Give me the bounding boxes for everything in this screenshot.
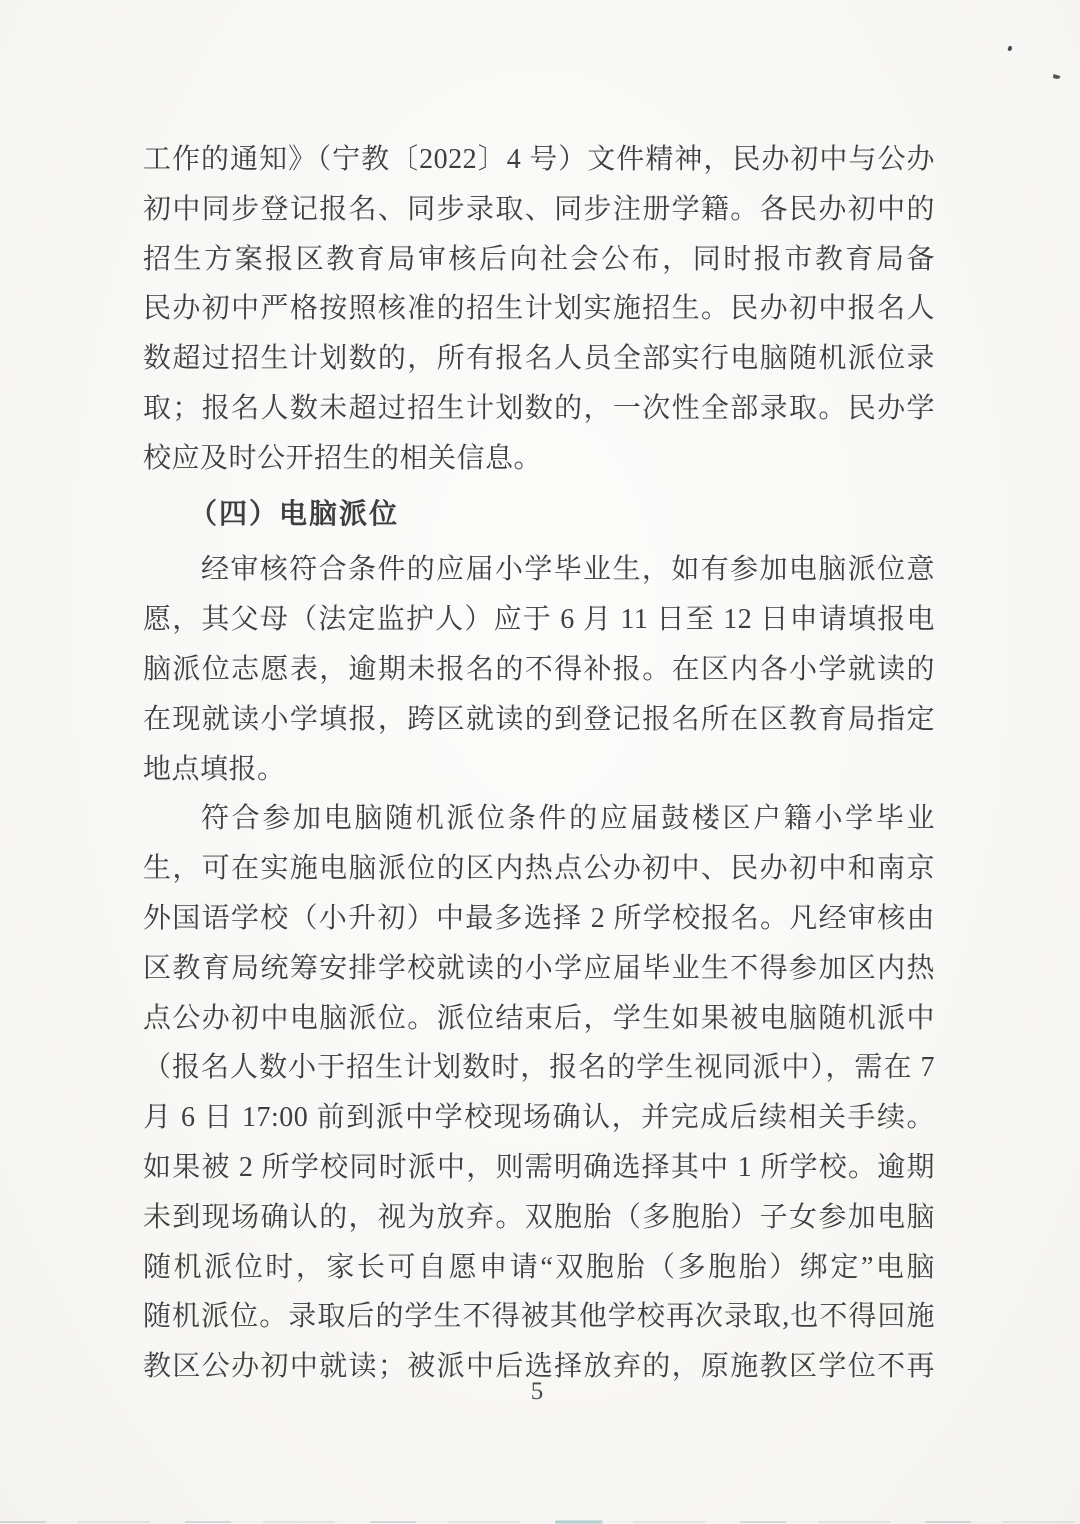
text-line: 初中同步登记报名、同步录取、同步注册学籍。各民办初中的 <box>143 185 935 235</box>
ink-speck-icon <box>1053 74 1061 80</box>
ink-speck-icon <box>1007 45 1013 51</box>
text-line: 如果被 2 所学校同时派中，则需明确选择其中 1 所学校。逾期 <box>143 1143 935 1193</box>
section-heading: （四）电脑派位 <box>143 490 935 540</box>
text-line: 招生方案报区教育局审核后向社会公布，同时报市教育局备案。 <box>143 235 935 285</box>
text-line: 符合参加电脑随机派位条件的应届鼓楼区户籍小学毕业 <box>143 794 935 844</box>
text-line: 外国语学校（小升初）中最多选择 2 所学校报名。凡经审核由 <box>143 894 935 944</box>
text-line: 取；报名人数未超过招生计划数的，一次性全部录取。民办学 <box>143 384 935 434</box>
document-page: 工作的通知》（宁教〔2022〕4 号）文件精神，民办初中与公办 初中同步登记报名… <box>0 0 1080 1524</box>
scan-edge-tint-artifact <box>555 1520 603 1524</box>
text-line: 区教育局统筹安排学校就读的小学应届毕业生不得参加区内热 <box>143 944 935 994</box>
text-line: 校应及时公开招生的相关信息。 <box>143 434 935 484</box>
text-line: 未到现场确认的，视为放弃。双胞胎（多胞胎）子女参加电脑 <box>143 1193 935 1243</box>
page-text-block: 工作的通知》（宁教〔2022〕4 号）文件精神，民办初中与公办 初中同步登记报名… <box>143 135 935 1392</box>
text-line: 随机派位时，家长可自愿申请“双胞胎（多胞胎）绑定”电脑 <box>143 1243 935 1293</box>
text-line: 民办初中严格按照核准的招生计划实施招生。民办初中报名人 <box>143 284 935 334</box>
text-line: （报名人数小于招生计划数时，报名的学生视同派中），需在 7 <box>143 1043 935 1093</box>
text-line: 地点填报。 <box>143 745 935 795</box>
text-line: 经审核符合条件的应届小学毕业生，如有参加电脑派位意 <box>143 545 935 595</box>
text-line: 点公办初中电脑派位。派位结束后，学生如果被电脑随机派中 <box>143 994 935 1044</box>
text-line: 愿，其父母（法定监护人）应于 6 月 11 日至 12 日申请填报电 <box>143 595 935 645</box>
text-line: 月 6 日 17:00 前到派中学校现场确认，并完成后续相关手续。 <box>143 1093 935 1143</box>
text-line: 数超过招生计划数的，所有报名人员全部实行电脑随机派位录 <box>143 334 935 384</box>
text-line: 生，可在实施电脑派位的区内热点公办初中、民办初中和南京 <box>143 844 935 894</box>
text-line: 随机派位。录取后的学生不得被其他学校再次录取,也不得回施 <box>143 1292 935 1342</box>
page-number: 5 <box>0 1378 1074 1406</box>
text-line: 在现就读小学填报，跨区就读的到登记报名所在区教育局指定 <box>143 695 935 745</box>
text-line: 脑派位志愿表，逾期未报名的不得补报。在区内各小学就读的 <box>143 645 935 695</box>
text-line: 工作的通知》（宁教〔2022〕4 号）文件精神，民办初中与公办 <box>143 135 935 185</box>
scan-edge-artifact <box>0 1521 1080 1523</box>
